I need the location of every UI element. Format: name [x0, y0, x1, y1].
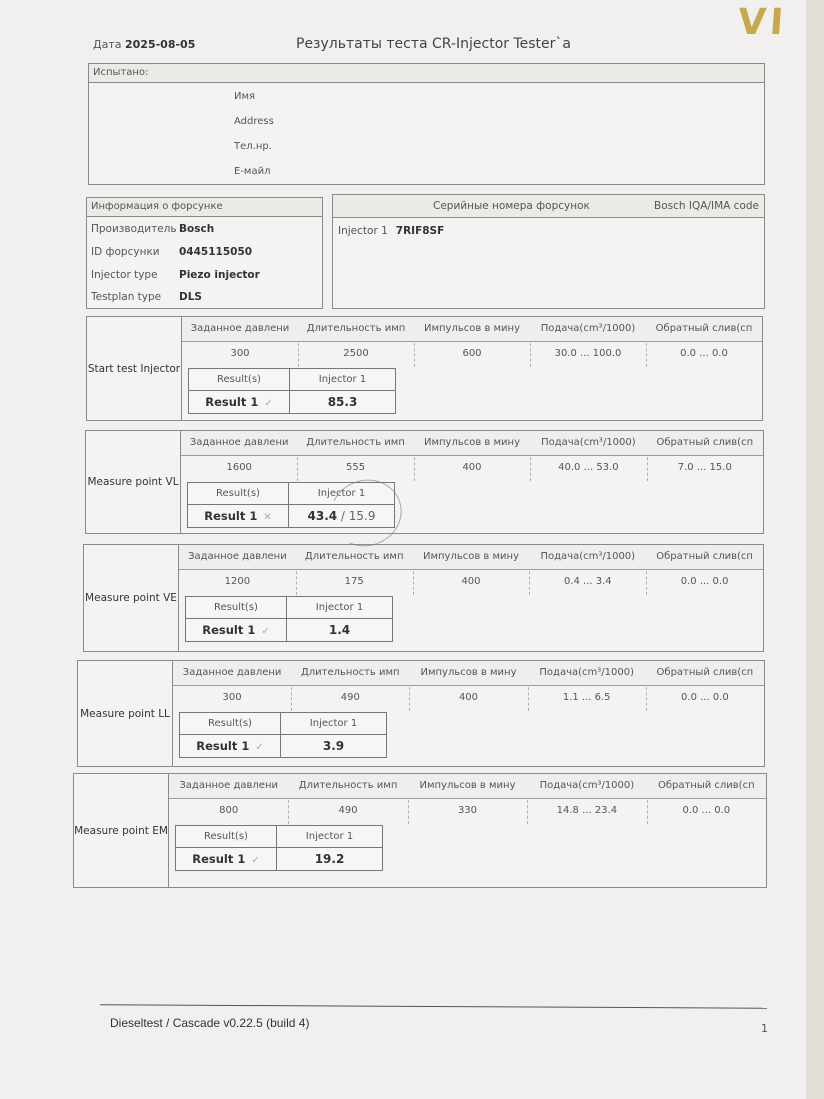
injector-id-value: 0445115050 [179, 246, 252, 258]
param-header: Подача(cm³/1000) [530, 317, 646, 342]
test-name: Start test Injector [87, 317, 182, 420]
param-column: Заданное давлени 300 [173, 661, 292, 711]
results-header: Result(s) [176, 826, 277, 847]
param-value: 490 [288, 799, 407, 823]
param-column: Подача(cm³/1000) 30.0 ... 100.0 [530, 317, 647, 367]
param-header: Импульсов в мину [408, 774, 527, 799]
param-header: Заданное давлени [181, 431, 297, 456]
param-value: 555 [297, 456, 413, 480]
param-column: Подача(cm³/1000) 40.0 ... 53.0 [530, 431, 647, 481]
param-value: 800 [169, 799, 288, 823]
param-value: 0.0 ... 0.0 [646, 686, 764, 710]
param-column: Обратный слив(cп 0.0 ... 0.0 [646, 661, 764, 711]
results-header: Result(s) [186, 597, 287, 618]
table-surface [806, 0, 824, 1099]
test-params: Заданное давлени 300 Длительность имп 49… [173, 661, 764, 711]
results-header: Result(s) [189, 369, 290, 390]
test-block: Measure point VL Заданное давлени 1600 Д… [85, 430, 764, 534]
result-value: 19.2 [277, 848, 382, 870]
report-title: Результаты теста CR-Injector Tester`a [296, 36, 571, 52]
param-header: Длительность имп [296, 545, 413, 570]
param-header: Длительность имп [291, 661, 409, 686]
result-primary: 85.3 [328, 395, 358, 409]
cross-icon: ✕ [263, 512, 271, 523]
tested-section: Испытано: Имя Address Тел.нр. Е-майл [88, 63, 765, 185]
results-header: Result(s) [188, 483, 289, 504]
result-row-label: Result 1✓ [186, 619, 287, 641]
param-column: Обратный слив(cп 0.0 ... 0.0 [646, 545, 763, 595]
param-header: Заданное давлени [182, 317, 298, 342]
injector-type-label: Injector type [91, 269, 158, 281]
param-header: Заданное давлени [169, 774, 288, 799]
injector-header: Injector 1 [287, 597, 392, 618]
param-column: Длительность имп 555 [297, 431, 414, 481]
name-label: Имя [234, 91, 255, 102]
param-value: 7.0 ... 15.0 [647, 456, 763, 480]
check-icon: ✓ [255, 742, 263, 753]
handwritten-mark: VI [737, 2, 789, 43]
test-params: Заданное давлени 1600 Длительность имп 5… [181, 431, 763, 481]
testplan-type-label: Testplan type [91, 291, 161, 303]
param-column: Заданное давлени 1200 [179, 545, 297, 595]
param-header: Заданное давлени [179, 545, 296, 570]
test-name: Measure point VL [86, 431, 181, 533]
param-header: Подача(cm³/1000) [529, 545, 646, 570]
result-primary: 19.2 [315, 852, 345, 866]
param-value: 330 [408, 799, 527, 823]
param-value: 0.0 ... 0.0 [646, 342, 762, 366]
testplan-type-row: Testplan typeDLS [91, 291, 161, 303]
param-header: Обратный слив(cп [647, 774, 766, 799]
param-value: 0.0 ... 0.0 [646, 570, 763, 594]
result-row-label: Result 1✓ [176, 848, 277, 870]
param-column: Импульсов в мину 400 [409, 661, 528, 711]
test-params: Заданное давлени 1200 Длительность имп 1… [179, 545, 763, 595]
result-row-label: Result 1✕ [188, 505, 289, 527]
serial-row: Injector 17RIF8SF [338, 225, 444, 237]
injector-id-label: ID форсунки [91, 246, 160, 258]
param-value: 490 [291, 686, 409, 710]
result-value: 85.3 [290, 391, 395, 413]
result-value: 3.9 [281, 735, 386, 757]
param-value: 300 [182, 342, 298, 366]
test-params: Заданное давлени 800 Длительность имп 49… [169, 774, 766, 824]
param-value: 1600 [181, 456, 297, 480]
param-column: Обратный слив(cп 0.0 ... 0.0 [646, 317, 762, 367]
param-value: 400 [414, 456, 530, 480]
param-value: 40.0 ... 53.0 [530, 456, 646, 480]
injector-info-header: Информация о форсунке [87, 198, 322, 217]
param-value: 14.8 ... 23.4 [527, 799, 646, 823]
serials-section: Серийные номера форсунок Bosch IQA/IMA c… [332, 194, 765, 309]
param-column: Длительность имп 490 [291, 661, 410, 711]
param-column: Подача(cm³/1000) 0.4 ... 3.4 [529, 545, 647, 595]
manufacturer-row: ПроизводительBosch [91, 223, 177, 235]
testplan-type-value: DLS [179, 291, 202, 303]
result-label: Result 1 [196, 739, 249, 753]
param-value: 175 [296, 570, 413, 594]
param-value: 400 [409, 686, 527, 710]
param-header: Длительность имп [297, 431, 413, 456]
serials-title: Серийные номера форсунок [433, 195, 590, 217]
test-name: Measure point LL [78, 661, 173, 766]
result-primary: 3.9 [323, 739, 344, 753]
param-header: Импульсов в мину [414, 431, 530, 456]
param-value: 0.0 ... 0.0 [647, 799, 766, 823]
param-header: Импульсов в мину [409, 661, 527, 686]
result-row-label: Result 1✓ [180, 735, 281, 757]
manufacturer-value: Bosch [179, 223, 214, 235]
result-label: Result 1 [202, 623, 255, 637]
serial-value: 7RIF8SF [396, 225, 445, 237]
result-table: Result(s)Injector 1 Result 1✓ 85.3 [188, 368, 396, 414]
test-name: Measure point VE [84, 545, 179, 651]
param-header: Подача(cm³/1000) [530, 431, 646, 456]
test-block: Measure point EM Заданное давлени 800 Дл… [73, 773, 767, 888]
param-value: 30.0 ... 100.0 [530, 342, 646, 366]
check-icon: ✓ [264, 398, 272, 409]
date-value: 2025-08-05 [125, 38, 195, 51]
iqa-code-title: Bosch IQA/IMA code [654, 195, 759, 217]
param-value: 0.4 ... 3.4 [529, 570, 646, 594]
param-column: Импульсов в мину 400 [413, 545, 531, 595]
param-column: Импульсов в мину 600 [414, 317, 531, 367]
param-column: Обратный слив(cп 7.0 ... 15.0 [647, 431, 763, 481]
injector-header: Injector 1 [281, 713, 386, 734]
result-table: Result(s)Injector 1 Result 1✓ 19.2 [175, 825, 383, 871]
test-block: Measure point VE Заданное давлени 1200 Д… [83, 544, 764, 652]
check-icon: ✓ [261, 626, 269, 637]
param-column: Длительность имп 2500 [298, 317, 415, 367]
param-column: Заданное давлени 800 [169, 774, 289, 824]
param-header: Импульсов в мину [413, 545, 530, 570]
param-header: Обратный слив(cп [646, 661, 764, 686]
result-table: Result(s)Injector 1 Result 1✓ 1.4 [185, 596, 393, 642]
param-column: Импульсов в мину 400 [414, 431, 531, 481]
date-label: Дата [93, 38, 121, 51]
param-column: Обратный слив(cп 0.0 ... 0.0 [647, 774, 766, 824]
tested-header: Испытано: [89, 64, 764, 83]
result-value: 1.4 [287, 619, 392, 641]
serials-header: Серийные номера форсунок Bosch IQA/IMA c… [333, 195, 764, 218]
param-column: Импульсов в мину 330 [408, 774, 528, 824]
param-header: Заданное давлени [173, 661, 291, 686]
result-row-label: Result 1✓ [189, 391, 290, 413]
test-block: Start test Injector Заданное давлени 300… [86, 316, 763, 421]
check-icon: ✓ [251, 855, 259, 866]
param-column: Заданное давлени 1600 [181, 431, 298, 481]
injector-type-row: Injector typePiezo injector [91, 269, 158, 281]
test-params: Заданное давлени 300 Длительность имп 25… [182, 317, 762, 367]
param-column: Длительность имп 175 [296, 545, 414, 595]
param-column: Длительность имп 490 [288, 774, 408, 824]
injector-header: Injector 1 [277, 826, 382, 847]
test-block: Measure point LL Заданное давлени 300 Дл… [77, 660, 765, 767]
result-label: Result 1 [205, 395, 258, 409]
param-header: Длительность имп [298, 317, 414, 342]
param-header: Длительность имп [288, 774, 407, 799]
email-label: Е-майл [234, 166, 271, 177]
param-value: 2500 [298, 342, 414, 366]
report-date: Дата 2025-08-05 [93, 38, 195, 51]
injector-type-value: Piezo injector [179, 269, 260, 281]
param-value: 400 [413, 570, 530, 594]
param-value: 1.1 ... 6.5 [528, 686, 646, 710]
test-name: Measure point EM [74, 774, 169, 887]
result-label: Result 1 [192, 852, 245, 866]
param-header: Подача(cm³/1000) [528, 661, 646, 686]
param-header: Импульсов в мину [414, 317, 530, 342]
param-header: Обратный слив(cп [646, 545, 763, 570]
param-column: Подача(cm³/1000) 1.1 ... 6.5 [528, 661, 647, 711]
result-primary: 1.4 [329, 623, 350, 637]
manufacturer-label: Производитель [91, 223, 177, 235]
phone-label: Тел.нр. [234, 141, 272, 152]
param-value: 300 [173, 686, 291, 710]
param-value: 1200 [179, 570, 296, 594]
address-label: Address [234, 116, 274, 127]
param-value: 600 [414, 342, 530, 366]
injector-info-section: Информация о форсунке ПроизводительBosch… [86, 197, 323, 309]
param-column: Подача(cm³/1000) 14.8 ... 23.4 [527, 774, 647, 824]
param-header: Обратный слив(cп [646, 317, 762, 342]
result-label: Result 1 [204, 509, 257, 523]
result-table: Result(s)Injector 1 Result 1✓ 3.9 [179, 712, 387, 758]
param-header: Подача(cm³/1000) [527, 774, 646, 799]
param-header: Обратный слив(cп [647, 431, 763, 456]
serial-label: Injector 1 [338, 225, 388, 237]
param-column: Заданное давлени 300 [182, 317, 299, 367]
results-header: Result(s) [180, 713, 281, 734]
page-number: 1 [761, 1022, 768, 1035]
software-version: Dieseltest / Cascade v0.22.5 (build 4) [110, 1016, 309, 1030]
injector-id-row: ID форсунки0445115050 [91, 246, 160, 258]
injector-header: Injector 1 [290, 369, 395, 390]
